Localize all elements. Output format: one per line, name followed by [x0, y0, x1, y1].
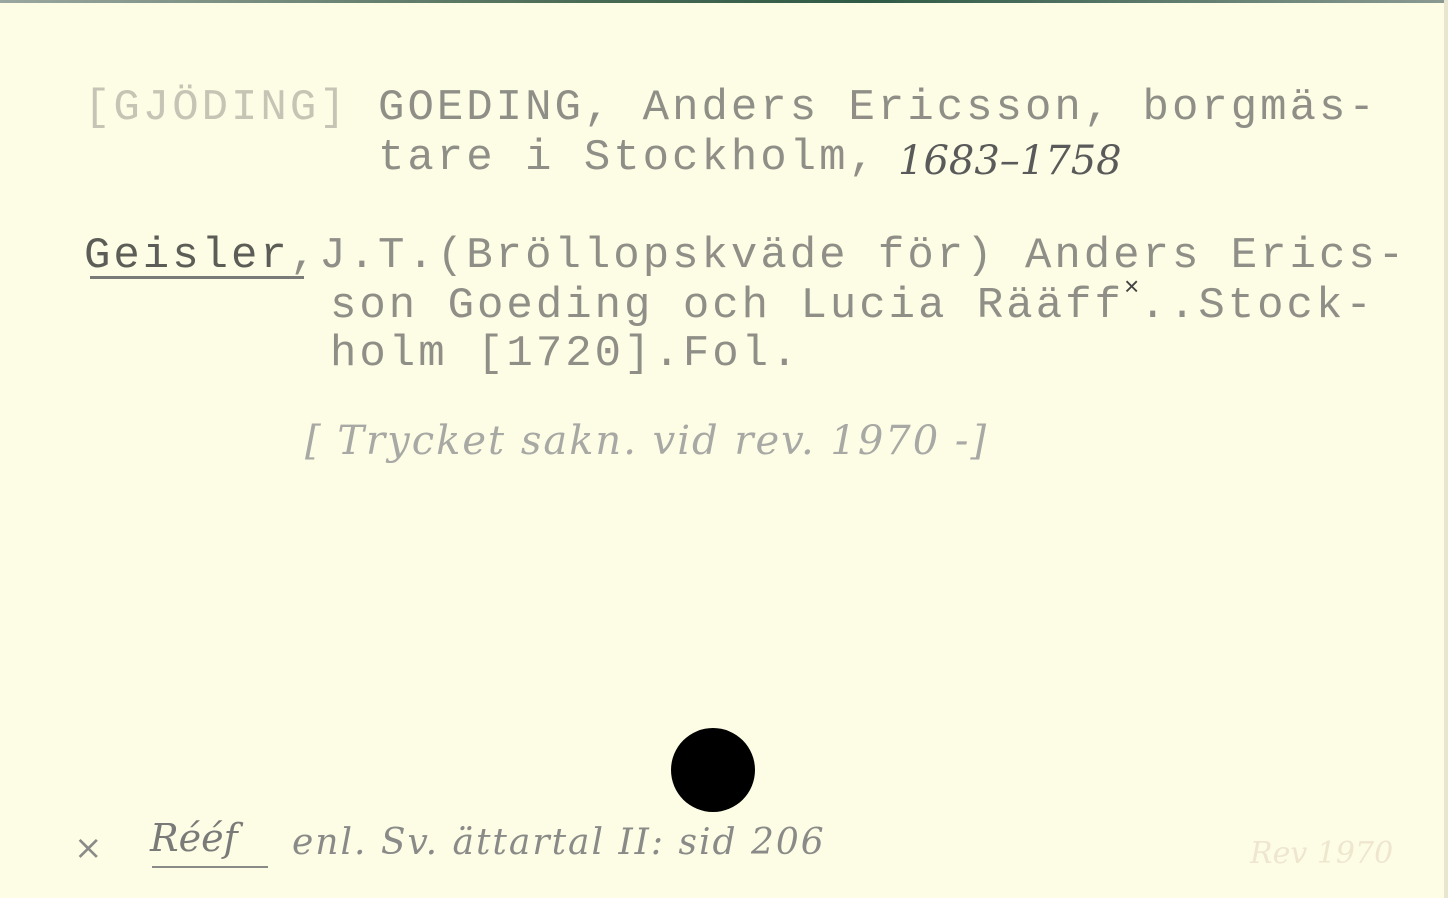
bracketed-form: [GJÖDING] [84, 83, 349, 133]
author-name: Geisler [84, 231, 290, 281]
cross-reference-mark: × [1124, 273, 1140, 303]
heading-text-2: tare i Stockholm, [378, 133, 878, 183]
entry-line-3: holm [1720].Fol. [330, 330, 800, 378]
handwritten-dates: 1683–1758 [898, 138, 1122, 184]
faint-revision-annotation: Rev 1970 [1250, 836, 1393, 871]
entry-text-2: son Goeding och Lucia Rääff [330, 281, 1124, 331]
entry-text-2-rest: ..Stock- [1140, 281, 1375, 331]
entry-text-1: ,J.T.(Bröllopskväde för) Anders Erics- [290, 231, 1407, 281]
entry-line-1: Geisler,J.T.(Bröllopskväde för) Anders E… [84, 232, 1407, 280]
author-underline [90, 276, 304, 279]
footnote-underlined-word: Rééf [150, 816, 238, 860]
card-top-edge [0, 0, 1448, 3]
entry-text-3: holm [1720].Fol. [330, 329, 800, 379]
heading-line-1: [GJÖDING] GOEDING, Anders Ericsson, borg… [84, 84, 1378, 132]
catalog-card: [GJÖDING] GOEDING, Anders Ericsson, borg… [0, 0, 1448, 898]
handwritten-revision-note: [ Trycket sakn. vid rev. 1970 -] [305, 418, 988, 464]
heading-text-1: GOEDING, Anders Ericsson, borgmäs- [378, 83, 1378, 133]
footnote-marker: × [74, 828, 103, 868]
footnote-underline [152, 866, 268, 868]
footnote-text: enl. Sv. ättartal II: sid 206 [292, 822, 826, 863]
card-right-edge [1444, 0, 1448, 898]
heading-line-2: tare i Stockholm, [378, 134, 878, 182]
punch-hole [671, 728, 755, 812]
entry-line-2: son Goeding och Lucia Rääff×..Stock- [330, 282, 1375, 334]
